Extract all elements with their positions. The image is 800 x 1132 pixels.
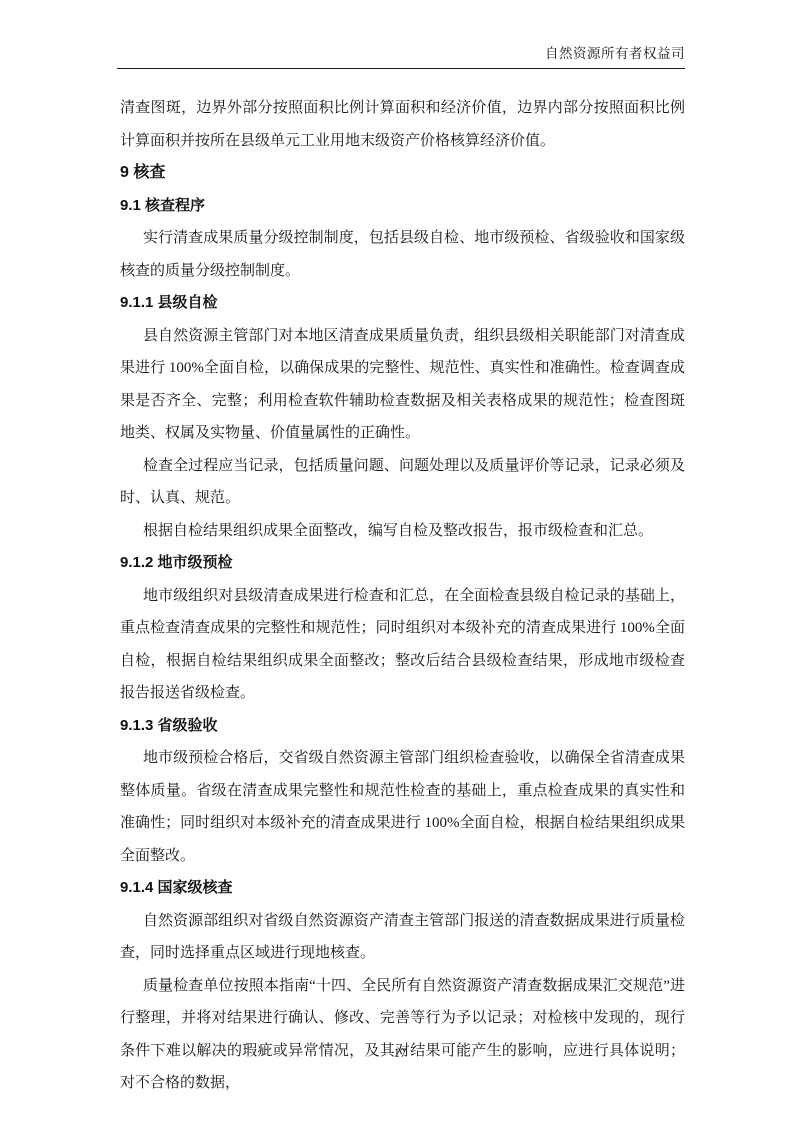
paragraph: 地市级预检合格后，交省级自然资源主管部门组织检查验收，以确保全省清查成果整体质量… <box>120 742 685 872</box>
paragraph: 自然资源部组织对省级自然资源资产清查主管部门报送的清查数据成果进行质量检查，同时… <box>120 905 685 970</box>
heading-9-1-3-province-acceptance: 9.1.3 省级验收 <box>120 710 685 743</box>
heading-9-1-procedure: 9.1 核查程序 <box>120 190 685 223</box>
paragraph: 地市级组织对县级清查成果进行检查和汇总，在全面检查县级自检记录的基础上，重点检查… <box>120 580 685 710</box>
paragraph: 根据自检结果组织成果全面整改，编写自检及整改报告，报市级检查和汇总。 <box>120 515 685 548</box>
page-footer: 17 <box>0 1044 800 1062</box>
page-number: 17 <box>394 1045 407 1060</box>
paragraph: 检查全过程应当记录，包括质量问题、问题处理以及质量评价等记录，记录必须及时、认真… <box>120 450 685 515</box>
header-title: 自然资源所有者权益司 <box>545 46 685 61</box>
heading-9-1-4-national-check: 9.1.4 国家级核查 <box>120 872 685 905</box>
paragraph: 实行清查成果质量分级控制制度，包括县级自检、地市级预检、省级验收和国家级核查的质… <box>120 222 685 287</box>
document-content: 清查图斑，边界外部分按照面积比例计算面积和经济价值，边界内部分按照面积比例计算面… <box>120 92 685 1100</box>
paragraph: 质量检查单位按照本指南“十四、全民所有自然资源资产清查数据成果汇交规范”进行整理… <box>120 970 685 1100</box>
page-header: 自然资源所有者权益司 <box>117 44 685 69</box>
paragraph: 县自然资源主管部门对本地区清查成果质量负责，组织县级相关职能部门对清查成果进行 … <box>120 320 685 450</box>
heading-9-1-2-city-precheck: 9.1.2 地市级预检 <box>120 547 685 580</box>
heading-9-1-1-county-selfcheck: 9.1.1 县级自检 <box>120 287 685 320</box>
document-page: 自然资源所有者权益司 清查图斑，边界外部分按照面积比例计算面积和经济价值，边界内… <box>0 0 800 1132</box>
heading-9-verification: 9 核查 <box>120 157 685 190</box>
paragraph-continuation: 清查图斑，边界外部分按照面积比例计算面积和经济价值，边界内部分按照面积比例计算面… <box>120 92 685 157</box>
